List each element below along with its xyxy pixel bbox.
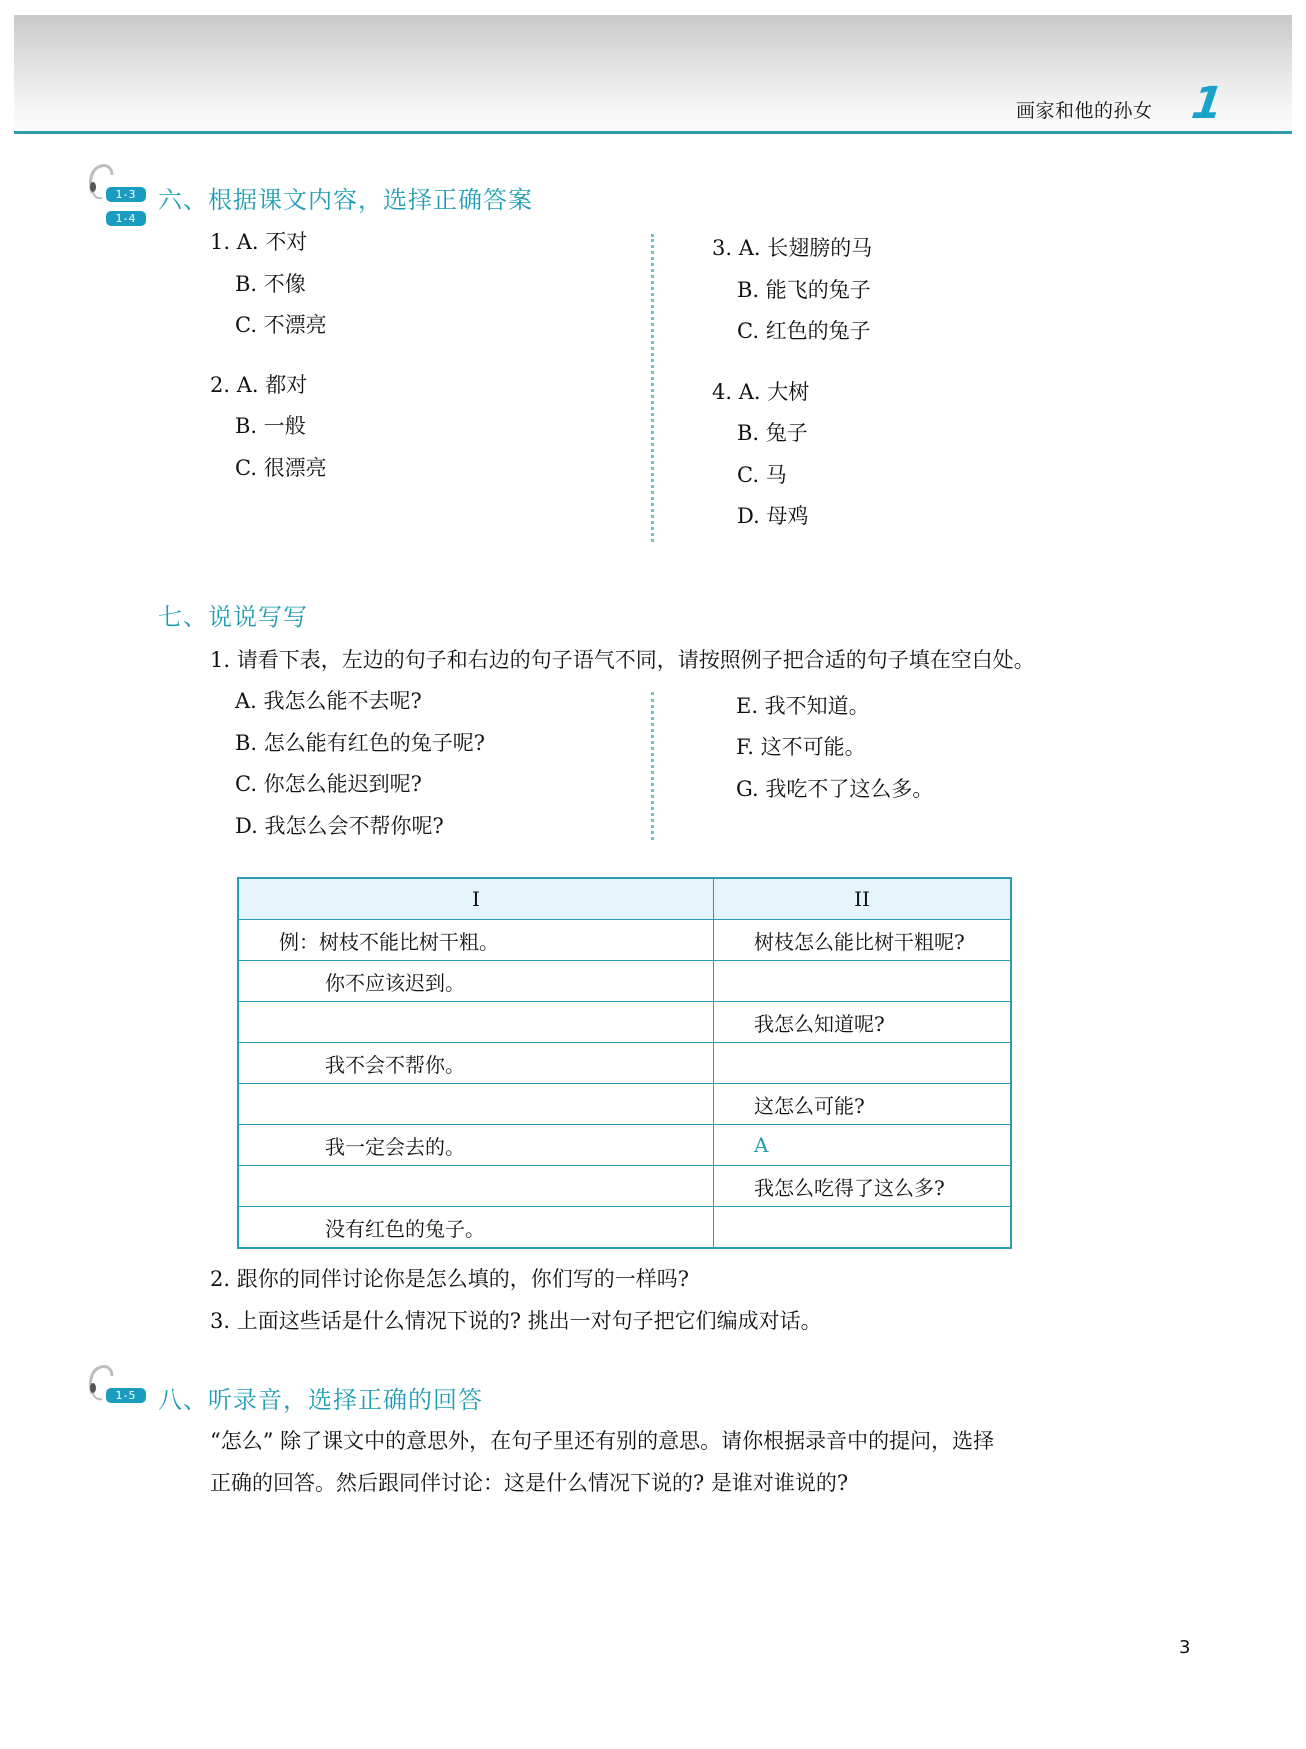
option-text: 马 <box>766 463 787 487</box>
filled-answer-cell[interactable]: A <box>714 1125 1012 1166</box>
question-number: 4. <box>712 380 732 404</box>
option-letter: A. <box>739 236 761 260</box>
blank-cell[interactable] <box>238 1084 714 1125</box>
option: C. 马 <box>737 462 787 488</box>
table-cell: 你不应该迟到。 <box>238 961 714 1002</box>
option-letter: D. <box>737 504 760 528</box>
blank-cell[interactable] <box>238 1002 714 1043</box>
fill-in-table: I II 例：树枝不能比树干粗。 树枝怎么能比树干粗呢? 你不应该迟到。 我怎么… <box>237 877 1012 1249</box>
table-cell: 没有红色的兔子。 <box>238 1207 714 1249</box>
table-cell: 树枝怎么能比树干粗呢? <box>714 920 1012 961</box>
table-row: 我怎么知道呢? <box>238 1002 1011 1043</box>
section-6-title: 六、根据课文内容，选择正确答案 <box>158 180 533 215</box>
right-sentence: F. 这不可能。 <box>736 734 866 760</box>
column-divider <box>651 234 654 542</box>
option-text: 不对 <box>265 230 307 254</box>
left-sentence: A. 我怎么能不去呢? <box>235 688 422 714</box>
option-letter: C. <box>235 313 257 337</box>
question-number: 2. <box>210 373 230 397</box>
section-7-title: 七、说说写写 <box>158 597 308 632</box>
left-sentence: C. 你怎么能迟到呢? <box>235 771 422 797</box>
option-letter: A. <box>237 230 259 254</box>
option: B. 一般 <box>235 413 306 439</box>
blank-cell[interactable] <box>714 961 1012 1002</box>
option-text: 大树 <box>767 380 809 404</box>
option-text: 长翅膀的马 <box>767 236 872 260</box>
column-header-ii: II <box>714 878 1012 920</box>
option-letter: A. <box>237 373 259 397</box>
table-row: 你不应该迟到。 <box>238 961 1011 1002</box>
option-text: 红色的兔子 <box>766 319 871 343</box>
audio-track-badge[interactable]: 1-4 <box>106 211 146 226</box>
instruction-1: 1. 请看下表，左边的句子和右边的句子语气不同，请按照例子把合适的句子填在空白处… <box>210 647 1035 673</box>
left-sentence: B. 怎么能有红色的兔子呢? <box>235 730 485 756</box>
blank-cell[interactable] <box>714 1043 1012 1084</box>
paragraph-line: 正确的回答。然后跟同伴讨论：这是什么情况下说的? 是谁对谁说的? <box>210 1470 848 1496</box>
table-cell: 我怎么知道呢? <box>714 1002 1012 1043</box>
option: C. 很漂亮 <box>235 455 327 481</box>
left-sentence: D. 我怎么会不帮你呢? <box>235 813 444 839</box>
table-row: 我怎么吃得了这么多? <box>238 1166 1011 1207</box>
table-cell: 这怎么可能? <box>714 1084 1012 1125</box>
blank-cell[interactable] <box>238 1166 714 1207</box>
option: D. 母鸡 <box>737 503 808 529</box>
option-letter: C. <box>737 319 759 343</box>
option-letter: B. <box>235 272 257 296</box>
option-letter: B. <box>737 278 759 302</box>
header-rule <box>14 131 1292 134</box>
table-cell: 我不会不帮你。 <box>238 1043 714 1084</box>
table-row: 这怎么可能? <box>238 1084 1011 1125</box>
audio-track-badge[interactable]: 1-3 <box>106 187 146 202</box>
column-header-i: I <box>238 878 714 920</box>
section-8-title: 八、听录音，选择正确的回答 <box>158 1380 483 1415</box>
option-text: 不漂亮 <box>264 313 327 337</box>
question-4: 4. A. 大树 <box>712 379 809 405</box>
lesson-title: 画家和他的孙女 <box>1016 96 1153 123</box>
table-row: 没有红色的兔子。 <box>238 1207 1011 1249</box>
option-letter: C. <box>235 456 257 480</box>
paragraph-line: “怎么” 除了课文中的意思外，在句子里还有别的意思。请你根据录音中的提问，选择 <box>210 1428 994 1454</box>
option: B. 能飞的兔子 <box>737 277 871 303</box>
option-letter: B. <box>235 414 257 438</box>
table-row: 我不会不帮你。 <box>238 1043 1011 1084</box>
instruction-3: 3. 上面这些话是什么情况下说的? 挑出一对句子把它们编成对话。 <box>210 1308 822 1334</box>
page-number: 3 <box>1179 1637 1190 1658</box>
audio-track-badge[interactable]: 1-5 <box>106 1388 146 1403</box>
instruction-2: 2. 跟你的同伴讨论你是怎么填的，你们写的一样吗? <box>210 1266 689 1292</box>
option-letter: B. <box>737 421 759 445</box>
option: C. 不漂亮 <box>235 312 327 338</box>
option: B. 不像 <box>235 271 306 297</box>
table-row: 我一定会去的。 A <box>238 1125 1011 1166</box>
question-number: 3. <box>712 236 732 260</box>
option: B. 兔子 <box>737 420 808 446</box>
blank-cell[interactable] <box>714 1207 1012 1249</box>
question-1: 1. A. 不对 <box>210 229 307 255</box>
right-sentence: G. 我吃不了这么多。 <box>736 776 933 802</box>
table-header-row: I II <box>238 878 1011 920</box>
question-2: 2. A. 都对 <box>210 372 307 398</box>
option-letter: C. <box>737 463 759 487</box>
lesson-number: 1 <box>1189 82 1226 126</box>
table-cell: 我怎么吃得了这么多? <box>714 1166 1012 1207</box>
option-text: 兔子 <box>766 421 808 445</box>
question-3: 3. A. 长翅膀的马 <box>712 235 872 261</box>
option-text: 能飞的兔子 <box>766 278 871 302</box>
option-letter: A. <box>739 380 761 404</box>
table-row-example: 例：树枝不能比树干粗。 树枝怎么能比树干粗呢? <box>238 920 1011 961</box>
option-text: 很漂亮 <box>264 456 327 480</box>
option-text: 都对 <box>265 373 307 397</box>
column-divider <box>651 692 654 840</box>
option-text: 不像 <box>264 272 306 296</box>
question-number: 1. <box>210 230 230 254</box>
option: C. 红色的兔子 <box>737 318 871 344</box>
option-text: 母鸡 <box>766 504 808 528</box>
right-sentence: E. 我不知道。 <box>736 693 870 719</box>
table-cell: 例：树枝不能比树干粗。 <box>238 920 714 961</box>
table-cell: 我一定会去的。 <box>238 1125 714 1166</box>
option-text: 一般 <box>264 414 306 438</box>
